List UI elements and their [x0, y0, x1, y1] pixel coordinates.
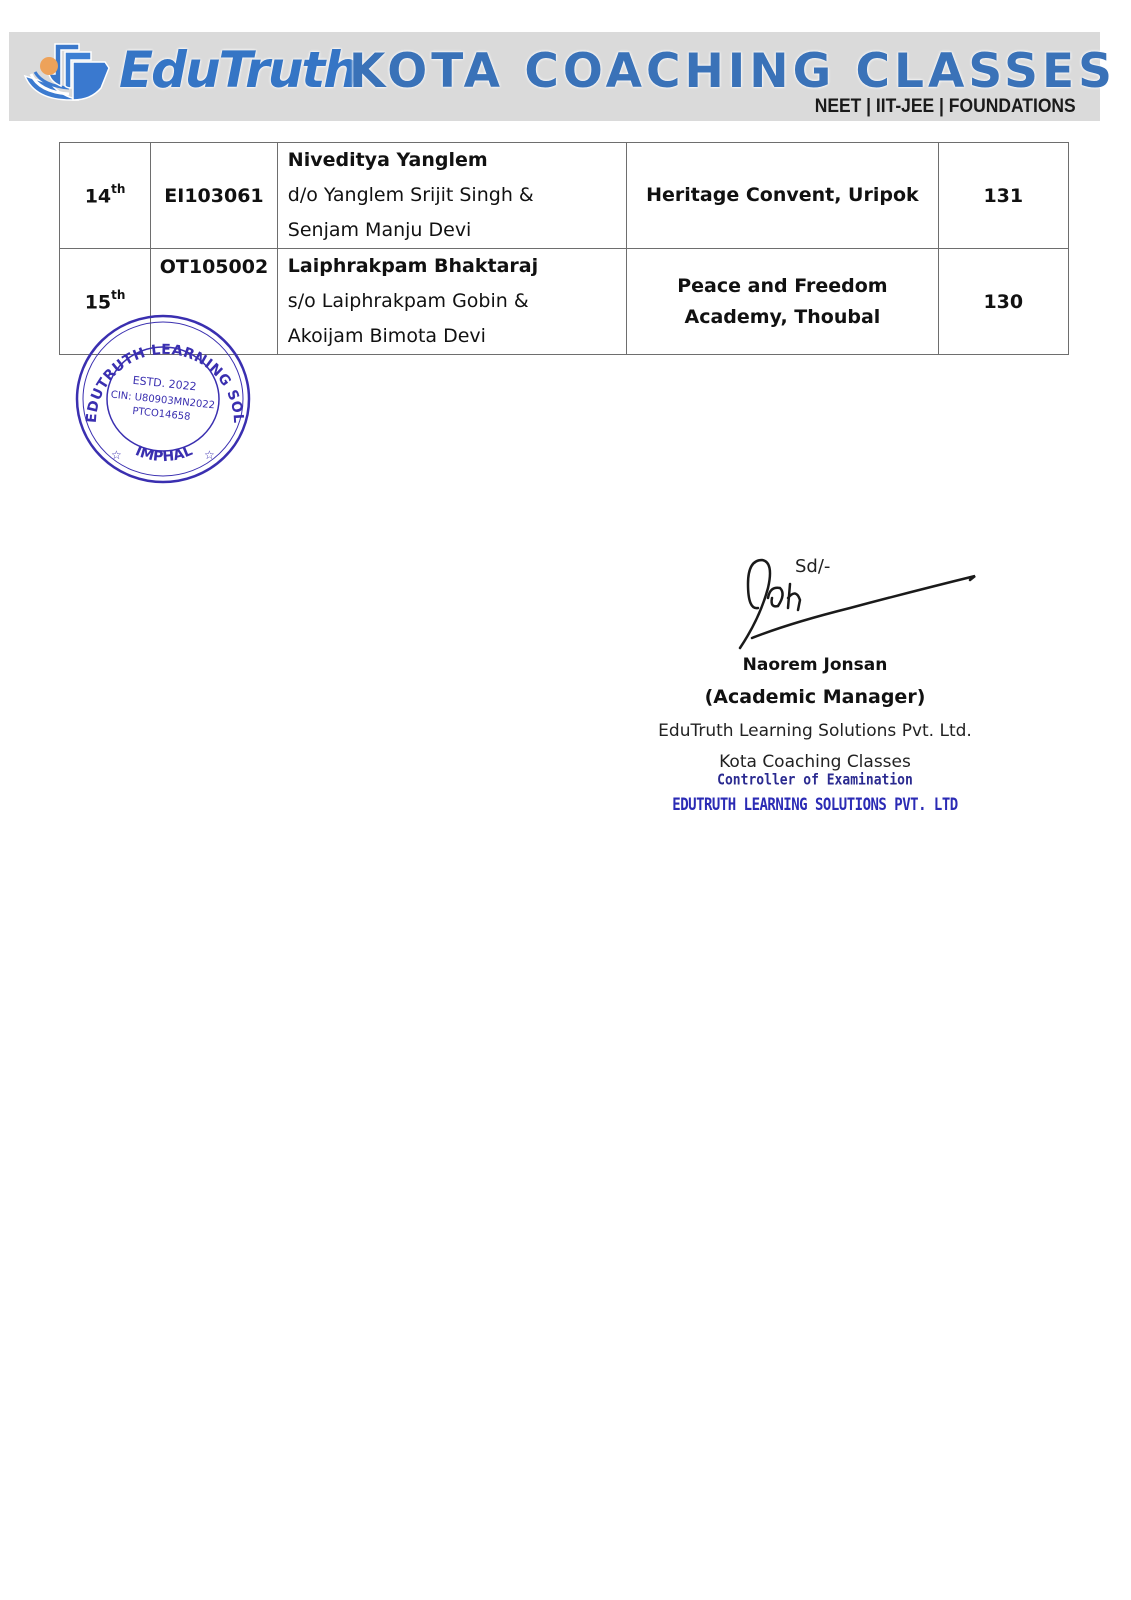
rank-value: 14: [85, 185, 111, 207]
parent-line-1: s/o Laiphrakpam Gobin &: [288, 284, 626, 319]
seal-cin-2: PTCO14658: [132, 406, 191, 423]
institute-title: KOTA COACHING CLASSES: [349, 42, 1116, 102]
school-line-1: Peace and Freedom: [677, 275, 887, 297]
score-cell: 130: [938, 249, 1068, 355]
seal-outer-text: EDUTRUTH LEARNING SOLUTION PVT. LTD.: [74, 313, 246, 423]
student-name: Niveditya Yanglem: [288, 143, 626, 178]
school-cell: Heritage Convent, Uripok: [627, 143, 938, 249]
svg-text:EDUTRUTH LEARNING SOLUTION PVT: EDUTRUTH LEARNING SOLUTION PVT. LTD.: [74, 313, 246, 423]
svg-text:☆: ☆: [111, 448, 122, 462]
book-wave-logo-icon: [21, 38, 113, 104]
roll-number-cell: EI103061: [151, 143, 278, 249]
parent-line-2: Senjam Manju Devi: [288, 213, 626, 248]
parent-line-1: d/o Yanglem Srijit Singh &: [288, 178, 626, 213]
seal-bottom-text: IMPHAL: [133, 443, 195, 465]
svg-text:IMPHAL: IMPHAL: [133, 443, 195, 465]
signatory-organization: EduTruth Learning Solutions Pvt. Ltd.: [600, 714, 1030, 748]
student-name: Laiphrakpam Bhaktaraj: [288, 249, 626, 284]
rank-value: 15: [85, 291, 111, 313]
rank-suffix: th: [111, 182, 125, 196]
company-seal-icon: EDUTRUTH LEARNING SOLUTION PVT. LTD. IMP…: [74, 313, 252, 485]
brand-name: EduTruth: [119, 40, 357, 100]
controller-stamp: Controller of Examination: [600, 772, 1030, 789]
rank-cell: 14th: [60, 143, 151, 249]
parent-line-2: Akoijam Bimota Devi: [288, 319, 626, 354]
school-cell: Peace and Freedom Academy, Thoubal: [627, 249, 938, 355]
seal-estd: ESTD. 2022: [132, 374, 197, 394]
sd-mark: Sd/-: [795, 556, 830, 577]
company-stamp: EDUTRUTH LEARNING SOLUTIONS PVT. LTD: [600, 795, 1030, 814]
signatory-name: Naorem Jonsan: [600, 650, 1030, 680]
signatory-block: Naorem Jonsan (Academic Manager) EduTrut…: [600, 650, 1030, 776]
student-name-cell: Niveditya Yanglem d/o Yanglem Srijit Sin…: [277, 143, 626, 249]
signature-icon: [730, 548, 990, 658]
student-name-cell: Laiphrakpam Bhaktaraj s/o Laiphrakpam Go…: [277, 249, 626, 355]
svg-text:☆: ☆: [204, 448, 215, 462]
score-cell: 131: [938, 143, 1068, 249]
school-line-1: Heritage Convent, Uripok: [646, 184, 919, 206]
tagline: NEET | IIT-JEE | FOUNDATIONS: [815, 96, 1076, 118]
school-line-2: Academy, Thoubal: [684, 306, 880, 328]
signatory-role: (Academic Manager): [600, 680, 1030, 714]
table-row: 14th EI103061 Niveditya Yanglem d/o Yang…: [60, 143, 1069, 249]
rank-suffix: th: [111, 288, 125, 302]
header-banner: EduTruth KOTA COACHING CLASSES NEET | II…: [9, 32, 1100, 121]
